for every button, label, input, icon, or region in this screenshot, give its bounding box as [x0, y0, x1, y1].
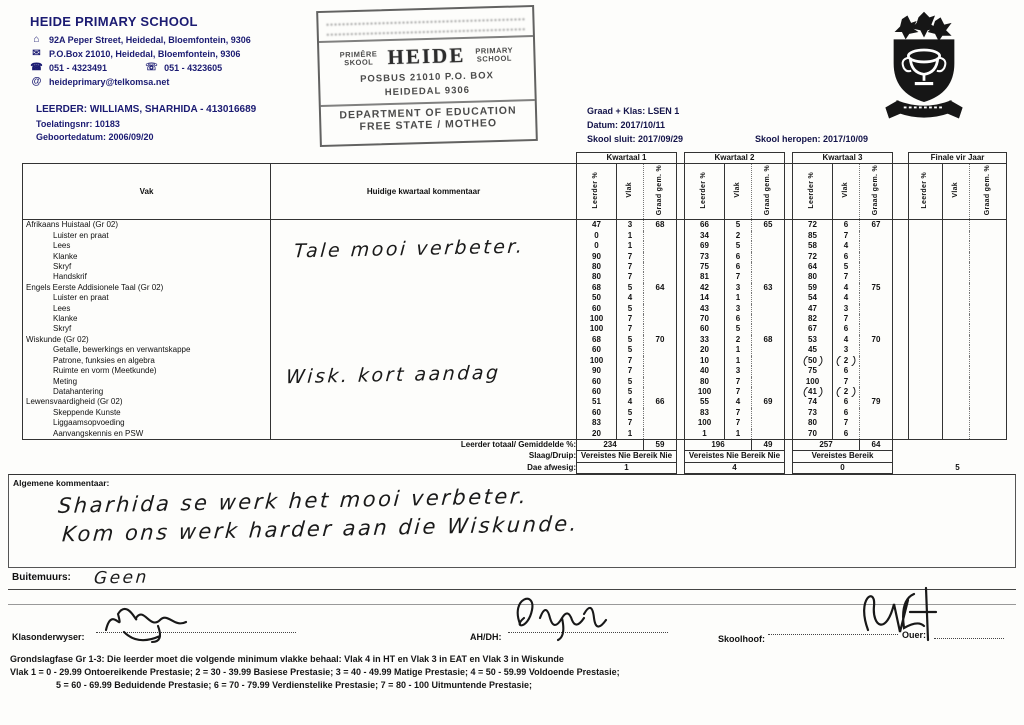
score-leerder: 60 — [577, 304, 617, 314]
score-graadgem — [752, 262, 785, 272]
days-absent-label: Dae afwesig: — [23, 462, 577, 473]
grade-class: Graad + Klas: LSEN 1 — [587, 106, 683, 116]
score-graadgem — [644, 314, 677, 324]
score-vlak: 7 — [725, 408, 752, 418]
column-gap — [785, 231, 793, 241]
subject-name: Engels Eerste Addisionele Taal (Gr 02) — [23, 283, 271, 293]
comment-cell — [271, 345, 577, 355]
score-graadgem — [644, 418, 677, 428]
finale-vlak — [943, 335, 970, 345]
score-graadgem: 68 — [752, 335, 785, 345]
totals-label: Leerder totaal/ Gemiddelde %: — [23, 439, 577, 450]
score-vlak: 4 — [833, 241, 860, 251]
score-leerder: 100 — [577, 324, 617, 334]
score-graadgem — [644, 356, 677, 366]
score-graadgem: 66 — [644, 397, 677, 407]
score-vlak: 7 — [617, 366, 644, 376]
score-graadgem: 63 — [752, 283, 785, 293]
column-gap — [785, 366, 793, 376]
column-gap — [893, 304, 909, 314]
score-vlak: 4 — [617, 397, 644, 407]
score-vlak: 1 — [617, 429, 644, 440]
subject-name: Lewensvaardigheid (Gr 02) — [23, 397, 271, 407]
score-graadgem — [860, 377, 893, 387]
footer-legend: Grondslagfase Gr 1-3: Die leerder moet d… — [10, 653, 620, 692]
final-year-header: Finale vir Jaar — [909, 153, 1007, 164]
score-vlak: 1 — [725, 429, 752, 440]
subject-row: Datahantering6051007412 — [23, 387, 1007, 397]
subject-name: Meting — [23, 377, 271, 387]
class-teacher-signature — [98, 596, 218, 644]
comment-cell — [271, 314, 577, 324]
stamp-primere-skool: PRIMÊRE SKOOL — [334, 50, 382, 67]
leerder-pct-header: Leerder % — [920, 172, 930, 209]
school-header: HEIDE PRIMARY SCHOOL ⌂92A Peper Street, … — [30, 14, 251, 90]
finale-graadgem — [970, 345, 1007, 355]
vlak-header: Vlak — [841, 182, 851, 198]
score-leerder: 72 — [793, 220, 833, 231]
parent-label: Ouer: — [902, 630, 926, 640]
subject-name: Wiskunde (Gr 02) — [23, 335, 271, 345]
score-leerder: 80 — [793, 418, 833, 428]
score-leerder: 81 — [685, 272, 725, 282]
finale-vlak — [943, 220, 970, 231]
finale-vlak — [943, 418, 970, 428]
finale-leerder — [909, 304, 943, 314]
score-vlak: 7 — [617, 356, 644, 366]
finale-leerder — [909, 324, 943, 334]
score-vlak: 5 — [617, 283, 644, 293]
finale-vlak — [943, 262, 970, 272]
score-graadgem: 68 — [644, 220, 677, 231]
column-gap — [893, 293, 909, 303]
column-gap — [785, 345, 793, 355]
graad-gem-header: Graad gem. % — [655, 165, 665, 215]
comment-cell — [271, 335, 577, 345]
score-graadgem — [644, 304, 677, 314]
finale-vlak — [943, 252, 970, 262]
score-leerder: 66 — [685, 220, 725, 231]
score-vlak: 2 — [725, 231, 752, 241]
score-graadgem — [860, 231, 893, 241]
subject-name: Handskrif — [23, 272, 271, 282]
score-vlak: 7 — [833, 377, 860, 387]
q2-pass-status: Vereistes Nie Bereik Nie — [685, 451, 785, 462]
finale-leerder — [909, 345, 943, 355]
q1-total: 234 — [577, 439, 644, 450]
score-leerder: 50 — [577, 293, 617, 303]
school-stamp: PRIMÊRE SKOOL HEIDE PRIMARY SCHOOL POSBU… — [316, 5, 538, 147]
column-gap — [785, 408, 793, 418]
score-vlak: 7 — [617, 324, 644, 334]
score-vlak: 6 — [725, 262, 752, 272]
column-gap — [785, 429, 793, 440]
score-leerder: 43 — [685, 304, 725, 314]
quarter-3-header: Kwartaal 3 — [793, 153, 893, 164]
score-vlak: 1 — [725, 345, 752, 355]
score-vlak: 3 — [833, 345, 860, 355]
score-leerder: 45 — [793, 345, 833, 355]
score-vlak: 6 — [833, 252, 860, 262]
comment-cell — [271, 272, 577, 282]
column-gap — [785, 283, 793, 293]
column-gap — [677, 429, 685, 440]
column-gap — [677, 293, 685, 303]
stamp-heide: HEIDE — [387, 43, 465, 70]
finale-graadgem — [970, 377, 1007, 387]
score-graadgem — [752, 272, 785, 282]
q1-average: 59 — [644, 439, 677, 450]
subject-name: Luister en praat — [23, 231, 271, 241]
handwritten-maths-comment: Wisk. kort aandag — [285, 362, 501, 389]
finale-vlak — [943, 231, 970, 241]
column-gap — [893, 397, 909, 407]
q3-pass-status: Vereistes Bereik — [793, 451, 893, 462]
finale-graadgem — [970, 262, 1007, 272]
score-graadgem — [644, 272, 677, 282]
phone-number: 051 - 4323491 — [49, 63, 107, 73]
street-address: 92A Peper Street, Heidedal, Bloemfontein… — [49, 35, 251, 45]
score-vlak: 7 — [617, 262, 644, 272]
finale-vlak — [943, 377, 970, 387]
column-gap — [893, 252, 909, 262]
subject-row: Klanke1007706827 — [23, 314, 1007, 324]
column-gap — [785, 262, 793, 272]
score-graadgem — [860, 314, 893, 324]
finale-graadgem — [970, 314, 1007, 324]
finale-leerder — [909, 335, 943, 345]
score-graadgem: 75 — [860, 283, 893, 293]
column-gap — [893, 324, 909, 334]
footer-level-scale-2: 5 = 60 - 69.99 Beduidende Prestasie; 6 =… — [10, 679, 620, 692]
score-graadgem: 64 — [644, 283, 677, 293]
score-graadgem — [644, 324, 677, 334]
total-days-absent: 5 — [909, 462, 1007, 473]
score-graadgem — [752, 314, 785, 324]
score-vlak: 6 — [725, 252, 752, 262]
vlak-header: Vlak — [951, 182, 961, 198]
score-graadgem — [644, 366, 677, 376]
score-vlak: 7 — [725, 387, 752, 397]
subject-row: Lees605433473 — [23, 304, 1007, 314]
subject-row: Skeppende Kunste605837736 — [23, 408, 1007, 418]
score-graadgem — [752, 241, 785, 251]
finale-graadgem — [970, 335, 1007, 345]
score-vlak: 6 — [833, 220, 860, 231]
column-gap — [677, 252, 685, 262]
totals-row: Leerder totaal/ Gemiddelde %: 234 59 196… — [23, 439, 1007, 450]
column-gap — [785, 324, 793, 334]
q2-days-absent: 4 — [685, 462, 785, 473]
score-leerder: 47 — [793, 304, 833, 314]
leerder-pct-header: Leerder % — [591, 172, 601, 209]
score-vlak: 2 — [833, 356, 860, 366]
q2-average: 49 — [752, 439, 785, 450]
score-graadgem — [860, 241, 893, 251]
score-leerder: 50 — [793, 356, 833, 366]
score-vlak: 5 — [617, 304, 644, 314]
subject-row: Skryf1007605676 — [23, 324, 1007, 334]
column-gap — [893, 220, 909, 231]
finale-vlak — [943, 324, 970, 334]
score-vlak: 5 — [725, 220, 752, 231]
subject-row: Luister en praat504141544 — [23, 293, 1007, 303]
score-vlak: 7 — [617, 314, 644, 324]
footer-minimum-levels: Grondslagfase Gr 1-3: Die leerder moet d… — [10, 653, 620, 666]
admission-number: Toelatingsnr: 10183 — [36, 119, 256, 129]
q3-days-absent: 0 — [793, 462, 893, 473]
score-leerder: 67 — [793, 324, 833, 334]
column-gap — [677, 387, 685, 397]
column-gap — [785, 304, 793, 314]
school-name: HEIDE PRIMARY SCHOOL — [30, 14, 251, 29]
graad-gem-header: Graad gem. % — [763, 165, 773, 215]
column-gap — [893, 231, 909, 241]
score-leerder: 73 — [685, 252, 725, 262]
subject-row: Liggaamsopvoeding8371007807 — [23, 418, 1007, 428]
score-leerder: 82 — [793, 314, 833, 324]
score-leerder: 85 — [793, 231, 833, 241]
score-vlak: 3 — [725, 283, 752, 293]
fax-icon: ☏ — [145, 62, 158, 73]
postal-address: P.O.Box 21010, Heidedal, Bloemfontein, 9… — [49, 49, 240, 59]
finale-vlak — [943, 429, 970, 440]
column-gap — [677, 304, 685, 314]
column-gap — [785, 252, 793, 262]
column-gap — [785, 377, 793, 387]
finale-vlak — [943, 397, 970, 407]
finale-graadgem — [970, 408, 1007, 418]
footer-level-scale-1: Vlak 1 = 0 - 29.99 Ontoereikende Prestas… — [10, 666, 620, 679]
q3-total: 257 — [793, 439, 860, 450]
finale-graadgem — [970, 324, 1007, 334]
birth-date: Geboortedatum: 2006/09/20 — [36, 132, 256, 142]
score-graadgem — [752, 345, 785, 355]
stamp-heidedal: HEIDEDAL 9306 — [320, 83, 534, 100]
score-leerder: 51 — [577, 397, 617, 407]
score-graadgem — [644, 231, 677, 241]
column-gap — [785, 387, 793, 397]
score-vlak: 7 — [833, 314, 860, 324]
house-icon: ⌂ — [30, 34, 43, 45]
column-gap — [677, 324, 685, 334]
column-gap — [677, 356, 685, 366]
subject-name: Getalle, bewerkings en verwantskappe — [23, 345, 271, 355]
score-graadgem — [644, 429, 677, 440]
comment-cell — [271, 408, 577, 418]
score-vlak: 4 — [833, 283, 860, 293]
column-gap — [893, 314, 909, 324]
quarter-1-header: Kwartaal 1 — [577, 153, 677, 164]
score-vlak: 7 — [617, 252, 644, 262]
score-graadgem — [860, 356, 893, 366]
column-gap — [893, 345, 909, 355]
score-leerder: 0 — [577, 241, 617, 251]
finale-graadgem — [970, 272, 1007, 282]
phone-icon: ☎ — [30, 62, 43, 73]
learner-info: LEERDER: WILLIAMS, SHARHIDA - 413016689 … — [36, 104, 256, 145]
quarter-2-header: Kwartaal 2 — [685, 153, 785, 164]
subject-row: Afrikaans Huistaal (Gr 02)47368665657266… — [23, 220, 1007, 231]
score-graadgem — [860, 272, 893, 282]
score-vlak: 4 — [725, 397, 752, 407]
score-leerder: 83 — [685, 408, 725, 418]
score-graadgem — [860, 252, 893, 262]
score-graadgem — [752, 387, 785, 397]
column-gap — [677, 408, 685, 418]
column-gap — [677, 220, 685, 231]
column-gap — [677, 397, 685, 407]
email-address: heideprimary@telkomsa.net — [49, 77, 169, 87]
marks-table: Kwartaal 1 Kwartaal 2 Kwartaal 3 Finale … — [22, 152, 1007, 474]
score-vlak: 1 — [617, 241, 644, 251]
finale-leerder — [909, 252, 943, 262]
score-vlak: 7 — [833, 418, 860, 428]
finale-leerder — [909, 397, 943, 407]
vlak-header: Vlak — [733, 182, 743, 198]
score-graadgem — [860, 418, 893, 428]
score-graadgem: 70 — [860, 335, 893, 345]
parent-signature-line — [934, 638, 1004, 639]
finale-graadgem — [970, 397, 1007, 407]
score-vlak: 5 — [617, 377, 644, 387]
column-gap — [893, 262, 909, 272]
score-leerder: 74 — [793, 397, 833, 407]
comment-cell — [271, 220, 577, 231]
finale-graadgem — [970, 429, 1007, 440]
finale-leerder — [909, 429, 943, 440]
q3-average: 64 — [860, 439, 893, 450]
score-leerder: 80 — [577, 262, 617, 272]
finale-leerder — [909, 220, 943, 231]
score-leerder: 42 — [685, 283, 725, 293]
column-gap — [893, 272, 909, 282]
score-graadgem: 65 — [752, 220, 785, 231]
score-graadgem: 79 — [860, 397, 893, 407]
subject-column-header: Vak — [23, 164, 271, 220]
column-gap — [893, 429, 909, 440]
score-graadgem — [752, 429, 785, 440]
score-vlak: 5 — [617, 408, 644, 418]
column-gap — [893, 418, 909, 428]
subject-row: Ruimte en vorm (Meetkunde)907403756 — [23, 366, 1007, 376]
finale-leerder — [909, 293, 943, 303]
subject-name: Ruimte en vorm (Meetkunde) — [23, 366, 271, 376]
score-leerder: 100 — [685, 418, 725, 428]
score-graadgem — [752, 231, 785, 241]
finale-leerder — [909, 314, 943, 324]
finale-leerder — [909, 283, 943, 293]
finale-graadgem — [970, 418, 1007, 428]
score-vlak: 6 — [725, 314, 752, 324]
finale-leerder — [909, 418, 943, 428]
score-graadgem — [644, 252, 677, 262]
score-graadgem — [752, 324, 785, 334]
school-reopen-date: Skool heropen: 2017/10/09 — [755, 134, 868, 144]
score-graadgem — [644, 387, 677, 397]
subject-row: Patrone, funksies en algebra1007101502 — [23, 356, 1007, 366]
score-vlak: 6 — [833, 366, 860, 376]
column-gap — [893, 387, 909, 397]
extramural-label: Buitemuurs: — [12, 572, 71, 583]
score-leerder: 68 — [577, 335, 617, 345]
column-gap — [785, 356, 793, 366]
finale-leerder — [909, 262, 943, 272]
finale-graadgem — [970, 304, 1007, 314]
subject-name: Luister en praat — [23, 293, 271, 303]
pass-fail-row: Slaag/Druip: Vereistes Nie Bereik Nie Ve… — [23, 451, 1007, 462]
subject-name: Liggaamsopvoeding — [23, 418, 271, 428]
envelope-icon: ✉ — [30, 48, 43, 59]
score-graadgem — [644, 293, 677, 303]
score-leerder: 83 — [577, 418, 617, 428]
score-leerder: 41 — [793, 387, 833, 397]
score-leerder: 60 — [577, 408, 617, 418]
finale-graadgem — [970, 252, 1007, 262]
score-leerder: 1 — [685, 429, 725, 440]
score-vlak: 5 — [833, 262, 860, 272]
finale-leerder — [909, 377, 943, 387]
column-gap — [677, 335, 685, 345]
score-graadgem — [752, 408, 785, 418]
subject-name: Klanke — [23, 314, 271, 324]
score-vlak: 5 — [617, 387, 644, 397]
score-vlak: 7 — [833, 231, 860, 241]
score-graadgem — [860, 293, 893, 303]
score-leerder: 90 — [577, 252, 617, 262]
finale-leerder — [909, 366, 943, 376]
score-vlak: 6 — [833, 397, 860, 407]
column-gap — [785, 397, 793, 407]
column-gap — [893, 408, 909, 418]
score-leerder: 33 — [685, 335, 725, 345]
column-gap — [893, 283, 909, 293]
term-info: Graad + Klas: LSEN 1 Datum: 2017/10/11 S… — [587, 106, 683, 148]
column-gap — [677, 418, 685, 428]
score-vlak: 3 — [725, 304, 752, 314]
comment-cell — [271, 293, 577, 303]
finale-vlak — [943, 356, 970, 366]
column-gap — [677, 262, 685, 272]
subject-row: Engels Eerste Addisionele Taal (Gr 02)68… — [23, 283, 1007, 293]
finale-vlak — [943, 272, 970, 282]
score-graadgem: 67 — [860, 220, 893, 231]
score-leerder: 58 — [793, 241, 833, 251]
score-leerder: 100 — [685, 387, 725, 397]
score-vlak: 6 — [833, 429, 860, 440]
score-vlak: 3 — [725, 366, 752, 376]
subject-row: Wiskunde (Gr 02)685703326853470 — [23, 335, 1007, 345]
score-leerder: 80 — [685, 377, 725, 387]
fax-number: 051 - 4323605 — [164, 63, 222, 73]
comment-cell — [271, 418, 577, 428]
finale-vlak — [943, 345, 970, 355]
subject-row: Handskrif807817807 — [23, 272, 1007, 282]
score-graadgem — [644, 262, 677, 272]
score-graadgem — [644, 241, 677, 251]
subject-name: Afrikaans Huistaal (Gr 02) — [23, 220, 271, 231]
score-leerder: 60 — [685, 324, 725, 334]
subject-name: Lees — [23, 304, 271, 314]
score-graadgem — [644, 408, 677, 418]
score-vlak: 5 — [725, 324, 752, 334]
vlak-header: Vlak — [625, 182, 635, 198]
score-leerder: 68 — [577, 283, 617, 293]
ahdh-label: AH/DH: — [470, 632, 502, 642]
finale-leerder — [909, 272, 943, 282]
handwritten-extramural-value: Geen — [93, 567, 149, 588]
score-leerder: 60 — [577, 377, 617, 387]
